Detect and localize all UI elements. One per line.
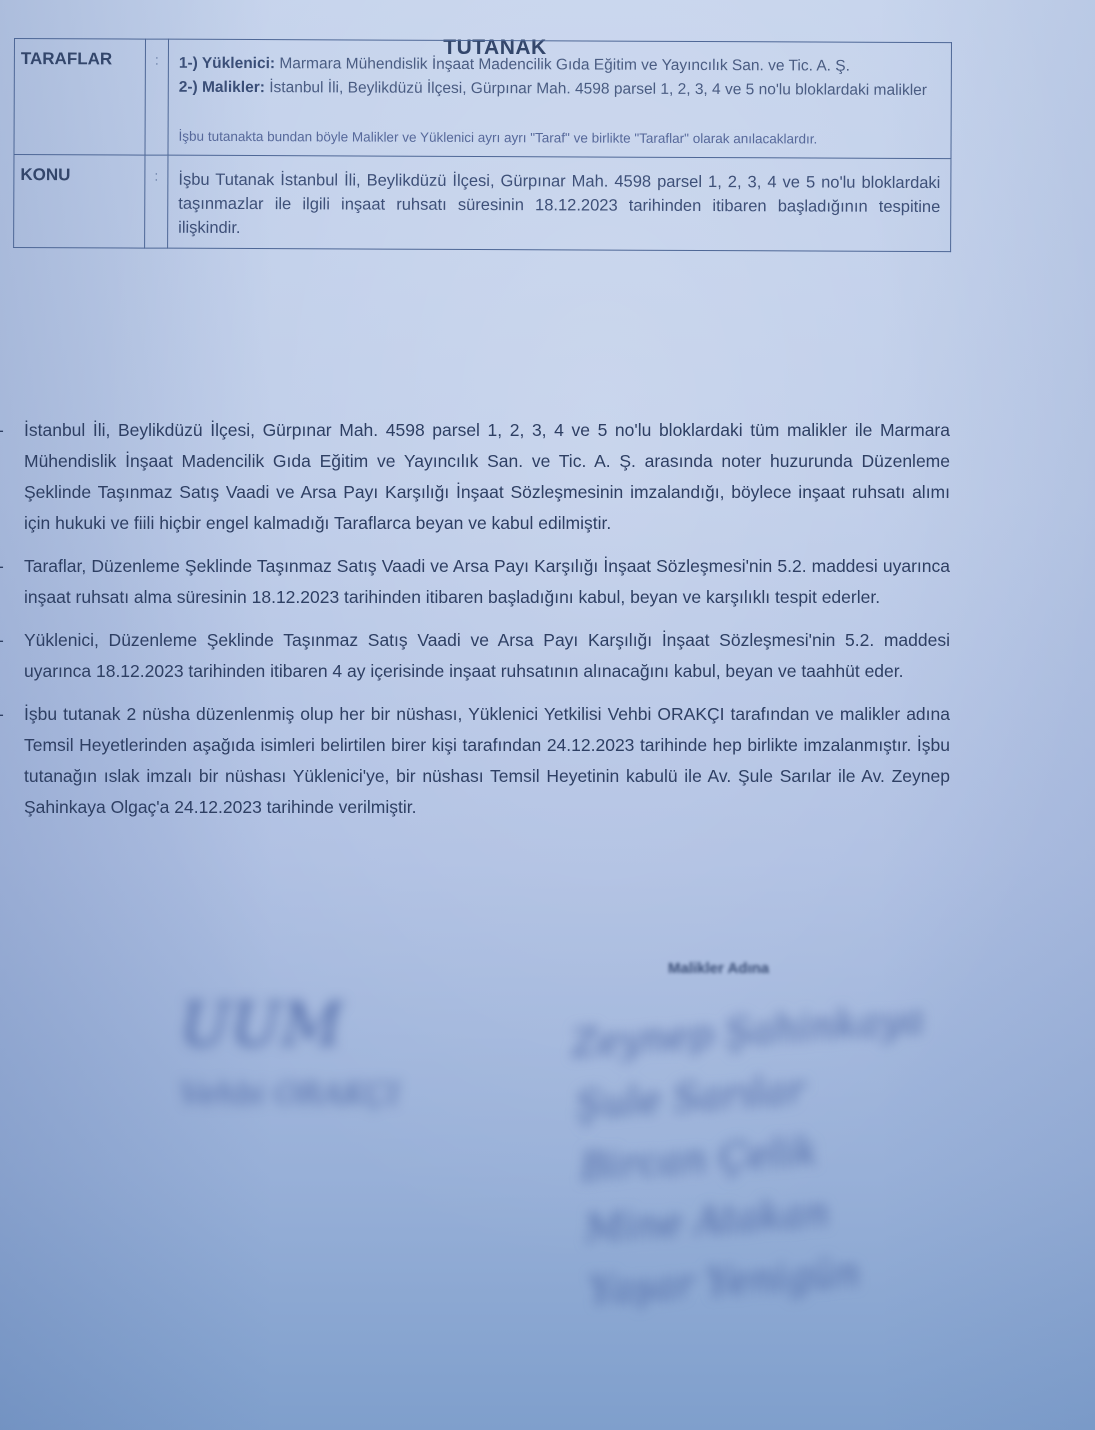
paragraph-text: Taraflar, Düzenleme Şeklinde Taşınmaz Sa… <box>24 556 950 607</box>
parties-note: İşbu tutanakta bundan böyle Malikler ve … <box>179 126 941 150</box>
contractor-line: 1-) Yüklenici: Marmara Mühendislik İnşaa… <box>179 52 941 79</box>
subject-content: İşbu Tutanak İstanbul İli, Beylikdüzü İl… <box>168 155 951 251</box>
parties-label: TARAFLAR <box>14 39 146 156</box>
bullet-marker: - <box>0 551 8 582</box>
paragraph-text: Yüklenici, Düzenleme Şeklinde Taşınmaz S… <box>24 630 950 681</box>
contractor-label: 1-) Yüklenici: <box>179 55 275 72</box>
parties-row: TARAFLAR : 1-) Yüklenici: Marmara Mühend… <box>14 39 951 159</box>
contractor-signature: UUM Vehbi ORAKÇI <box>180 990 400 1130</box>
parties-separator: : <box>145 39 169 155</box>
subject-label: KONU <box>14 155 145 249</box>
owners-signatures: Zeynep Şahinkaya Şule Sarılar Bircan Çel… <box>570 988 944 1322</box>
subject-separator: : <box>145 155 168 248</box>
owners-line: 2-) Malikler: İstanbul İli, Beylikdüzü İ… <box>179 76 941 103</box>
parties-content: 1-) Yüklenici: Marmara Mühendislik İnşaa… <box>168 39 951 158</box>
owners-label: 2-) Malikler: <box>179 79 265 96</box>
header-table: TARAFLAR : 1-) Yüklenici: Marmara Mühend… <box>13 38 952 252</box>
bullet-marker: - <box>0 699 8 730</box>
signature-area: Malikler Adına UUM Vehbi ORAKÇI Zeynep Ş… <box>0 960 1095 1430</box>
paragraph-2: - Taraflar, Düzenleme Şeklinde Taşınmaz … <box>24 551 950 613</box>
bullet-marker: - <box>0 415 8 446</box>
paragraph-3: - Yüklenici, Düzenleme Şeklinde Taşınmaz… <box>24 625 950 687</box>
document-body: - İstanbul İli, Beylikdüzü İlçesi, Gürpı… <box>24 415 950 835</box>
paragraph-1: - İstanbul İli, Beylikdüzü İlçesi, Gürpı… <box>24 415 950 539</box>
paragraph-text: İstanbul İli, Beylikdüzü İlçesi, Gürpına… <box>24 420 950 533</box>
subject-row: KONU : İşbu Tutanak İstanbul İli, Beylik… <box>14 155 951 252</box>
bullet-marker: - <box>0 625 8 656</box>
owners-value: İstanbul İli, Beylikdüzü İlçesi, Gürpına… <box>265 79 927 99</box>
paragraph-4: - İşbu tutanak 2 nüsha düzenlenmiş olup … <box>24 699 950 823</box>
contractor-value: Marmara Mühendislik İnşaat Madencilik Gı… <box>275 55 850 75</box>
owners-signature-label: Malikler Adına <box>668 960 769 974</box>
paragraph-text: İşbu tutanak 2 nüsha düzenlenmiş olup he… <box>24 704 950 817</box>
